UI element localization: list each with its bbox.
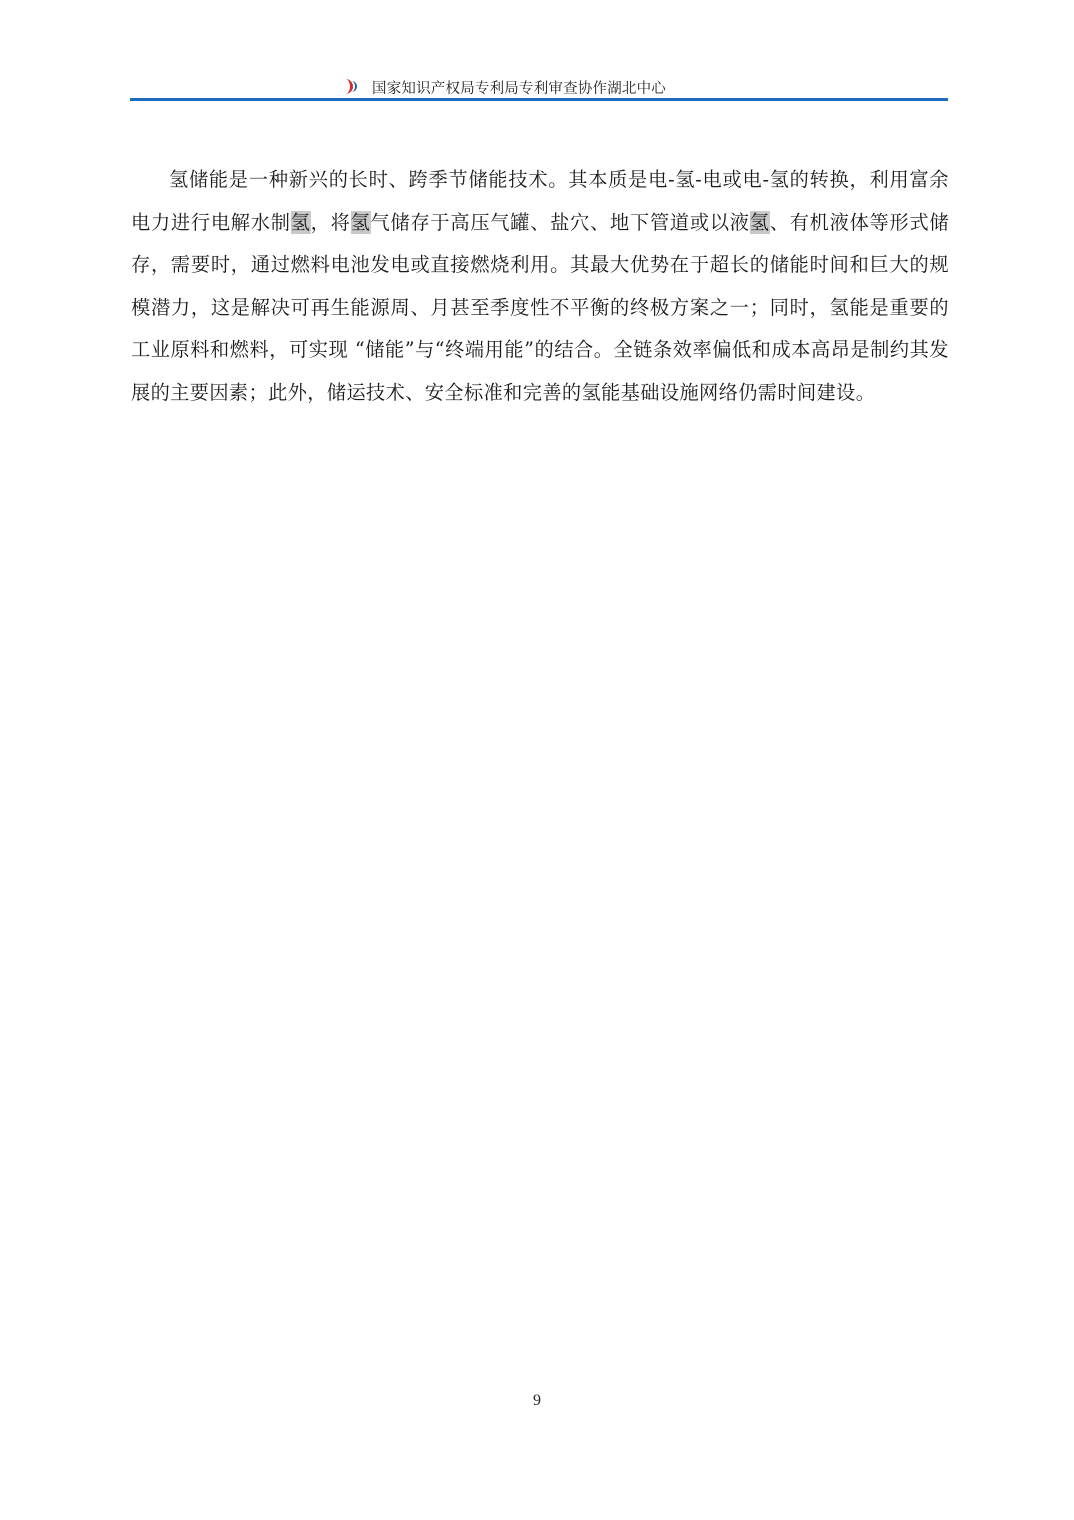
- text-segment: ，将: [311, 211, 351, 234]
- highlighted-term: 氢: [291, 211, 311, 234]
- highlighted-term: 氢: [351, 211, 371, 234]
- body-paragraph: 氢储能是一种新兴的长时、跨季节储能技术。其本质是电-氢-电或电-氢的转换，利用富…: [131, 159, 949, 415]
- highlighted-term: 氢: [750, 211, 770, 234]
- header-branding: 国家知识产权局专利局专利审查协作湖北中心: [344, 76, 666, 98]
- header-title: 国家知识产权局专利局专利审查协作湖北中心: [372, 77, 666, 98]
- header-divider: [130, 98, 948, 101]
- logo-blue-arc: [350, 81, 357, 92]
- page-header: 国家知识产权局专利局专利审查协作湖北中心: [130, 76, 948, 102]
- page-number: 9: [0, 1392, 1074, 1410]
- sipo-logo-icon: [344, 78, 358, 96]
- text-segment: 气储存于高压气罐、盐穴、地下管道或以液: [371, 211, 750, 234]
- text-segment: 、有机液体等形式储存，需要时，通过燃料电池发电或直接燃烧利用。其最大优势在于超长…: [131, 211, 949, 404]
